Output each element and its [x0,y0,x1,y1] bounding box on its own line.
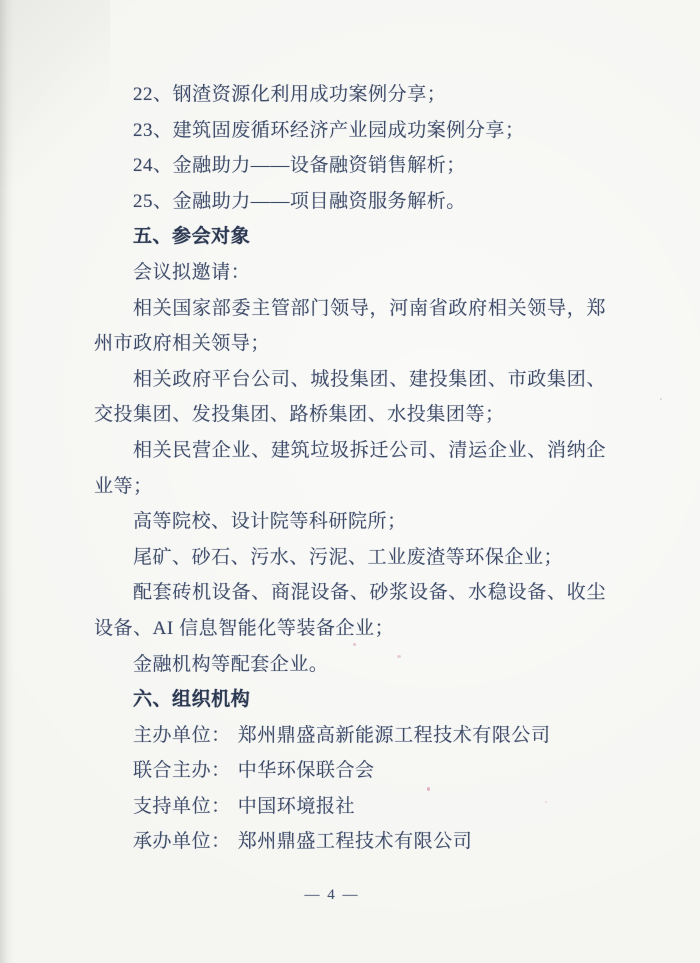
org-item-value: 中国环境报社 [238,796,355,817]
participants-line: 高等院校、设计院等科研院所； [94,504,606,540]
participants-line: 业等； [94,469,606,505]
org-item-label: 支持单位： [133,796,231,817]
org-item-value: 郑州鼎盛高新能源工程技术有限公司 [238,725,551,746]
org-item-label: 联合主办： [133,760,231,781]
org-item-label: 承办单位： [133,831,231,852]
participants-line: 相关民营企业、建筑垃圾拆迁公司、清运企业、消纳企 [94,433,606,469]
scanned-document-page: 22、钢渣资源化利用成功案例分享； 23、建筑固废循环经济产业园成功案例分享； … [0,0,700,963]
agenda-item-22: 22、钢渣资源化利用成功案例分享； [94,77,606,113]
document-body: 22、钢渣资源化利用成功案例分享； 23、建筑固废循环经济产业园成功案例分享； … [94,77,606,860]
org-item-host: 主办单位：郑州鼎盛高新能源工程技术有限公司 [94,718,606,754]
org-item-label: 主办单位： [133,725,231,746]
participants-line: 相关政府平台公司、城投集团、建投集团、市政集团、 [94,362,606,398]
org-item-value: 郑州鼎盛工程技术有限公司 [238,831,473,852]
participants-line: 相关国家部委主管部门领导，河南省政府相关领导，郑 [94,291,606,327]
org-item-value: 中华环保联合会 [238,760,375,781]
page-number: — 4 — [0,887,664,904]
participants-line: 州市政府相关领导； [94,326,606,362]
section-heading-organization: 六、组织机构 [94,682,606,718]
participants-line: 设备、AI 信息智能化等装备企业； [94,611,606,647]
scan-speck [660,398,662,400]
participants-line: 交投集团、发投集团、路桥集团、水投集团等； [94,397,606,433]
agenda-item-24: 24、金融助力——设备融资销售解析； [94,148,606,184]
participants-line: 尾矿、砂石、污水、污泥、工业废渣等环保企业； [94,540,606,576]
section-heading-participants: 五、参会对象 [94,219,606,255]
org-item-support: 支持单位：中国环境报社 [94,789,606,825]
org-item-cohost: 联合主办：中华环保联合会 [94,753,606,789]
org-item-organizer: 承办单位：郑州鼎盛工程技术有限公司 [94,824,606,860]
participants-intro: 会议拟邀请： [94,255,606,291]
agenda-item-23: 23、建筑固废循环经济产业园成功案例分享； [94,113,606,149]
participants-line: 金融机构等配套企业。 [94,647,606,683]
agenda-item-25: 25、金融助力——项目融资服务解析。 [94,184,606,220]
participants-line: 配套砖机设备、商混设备、砂浆设备、水稳设备、收尘 [94,575,606,611]
